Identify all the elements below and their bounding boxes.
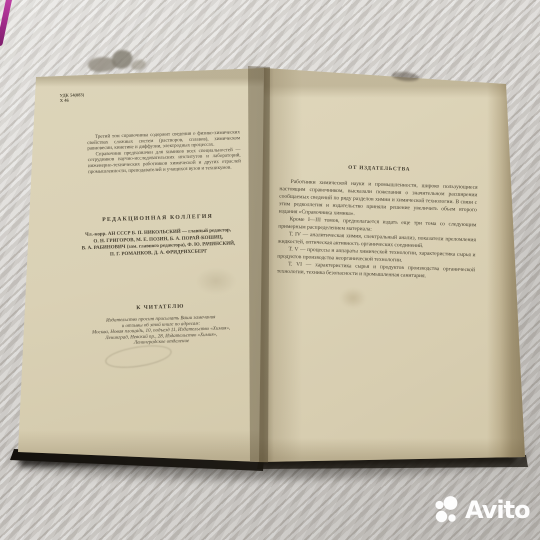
editorial-board-heading: РЕДАКЦИОННАЯ КОЛЛЕГИЯ [69,212,247,224]
from-publisher-heading: ОТ ИЗДАТЕЛЬСТВА [280,163,478,175]
from-publisher-body: Работники химической науки и промышленно… [277,178,478,282]
annotation-block: Третий том справочника содержит сведения… [87,129,241,174]
avito-watermark: Avito [430,494,530,526]
annotation-paragraph-2: Справочник предназначен для химиков всех… [87,147,241,175]
page-stain [340,288,366,308]
avito-logo-icon [430,494,462,526]
right-page-text: ОТ ИЗДАТЕЛЬСТВА Работники химической нау… [250,76,508,464]
udk-code-line2: Х 46 [60,97,85,103]
photo-scene: УДК 54(083) Х 46 Третий том справочника … [0,0,540,540]
avito-watermark-text: Avito [465,496,530,524]
publisher-paragraph: Работники химической науки и промышленно… [279,178,478,222]
udk-code: УДК 54(083) Х 46 [60,92,85,103]
page-stain [196,268,236,294]
left-page-text: УДК 54(083) Х 46 Третий том справочника … [26,67,272,456]
publisher-address-block: Издательство просит присылать Ваши замеч… [72,313,251,348]
to-reader-heading: К ЧИТАТЕЛЮ [71,301,249,313]
editorial-board-list: Чл.-корр. АН СССР Б. П. НИКОЛЬСКИЙ — гла… [69,226,248,259]
